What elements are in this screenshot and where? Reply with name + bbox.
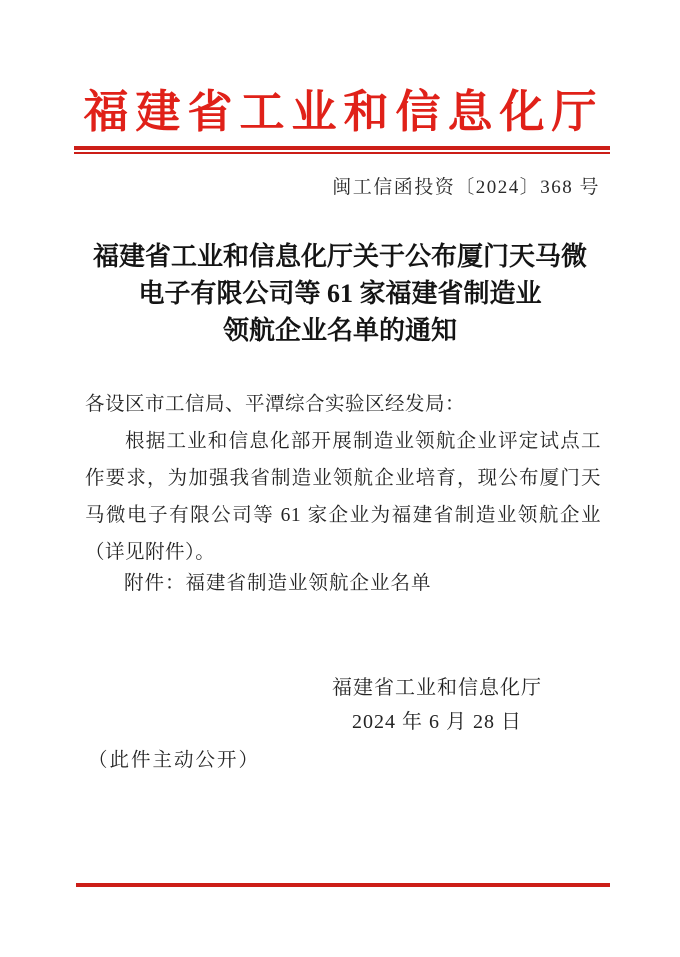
notice-title-line-2: 电子有限公司等 61 家福建省制造业 bbox=[40, 275, 640, 312]
bottom-separator-line bbox=[76, 883, 610, 887]
issue-date: 2024 年 6 月 28 日 bbox=[332, 705, 542, 739]
masthead-title: 福建省工业和信息化厅 bbox=[0, 80, 680, 144]
salutation: 各设区市工信局、平潭综合实验区经发局： bbox=[85, 386, 601, 423]
header-rule-thick bbox=[74, 146, 610, 150]
notice-title-line-3: 领航企业名单的通知 bbox=[40, 312, 640, 349]
header-separator-line bbox=[74, 146, 610, 154]
notice-title: 福建省工业和信息化厅关于公布厦门天马微 电子有限公司等 61 家福建省制造业 领… bbox=[40, 238, 640, 349]
document-page: 福建省工业和信息化厅 闽工信函投资〔2024〕368 号 福建省工业和信息化厅关… bbox=[0, 0, 680, 957]
notice-title-line-1: 福建省工业和信息化厅关于公布厦门天马微 bbox=[40, 238, 640, 275]
header-rule-thin bbox=[74, 152, 610, 154]
body-text: 各设区市工信局、平潭综合实验区经发局： 根据工业和信息化部开展制造业领航企业评定… bbox=[85, 386, 601, 571]
signature-block: 福建省工业和信息化厅 2024 年 6 月 28 日 bbox=[332, 671, 542, 739]
attachment-line: 附件：福建省制造业领航企业名单 bbox=[124, 565, 432, 602]
disclosure-note: （此件主动公开） bbox=[88, 744, 260, 772]
issuer-signature: 福建省工业和信息化厅 bbox=[332, 671, 542, 705]
body-paragraph: 根据工业和信息化部开展制造业领航企业评定试点工作要求，为加强我省制造业领航企业培… bbox=[85, 423, 601, 571]
document-number: 闽工信函投资〔2024〕368 号 bbox=[332, 172, 600, 199]
